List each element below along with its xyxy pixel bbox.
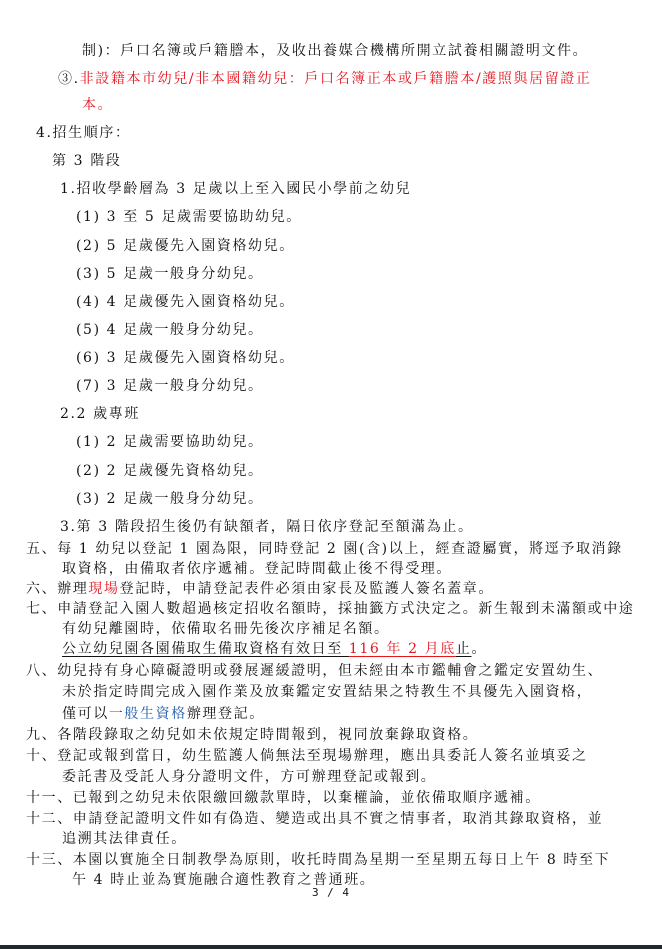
page-number: 3 / 4: [0, 886, 662, 900]
clause7-line2: 有幼兒離園時，依備取名冊先後次序補足名額。: [62, 620, 390, 638]
sub1-item: (4) 4 足歲優先入園資格幼兒。: [76, 293, 295, 311]
clause11: 十一、已報到之幼兒未依限繳回繳款單時，以棄權論，並依備取順序遞補。: [26, 789, 541, 807]
continuation-line: 制)：戶口名簿或戶籍謄本，及收出養媒合機構所開立試養相關證明文件。: [82, 42, 588, 60]
clause10-line1: 十、登記或報到當日，幼生監護人倘無法至現場辦理，應出具委託人簽名並填妥之: [26, 747, 588, 765]
clause6-suffix: 登記時，申請登記表件必須由家長及監護人簽名蓋章。: [120, 581, 494, 597]
stage-title: 第 3 階段: [52, 152, 121, 170]
sub2-item: (2) 2 足歲優先資格幼兒。: [76, 462, 264, 480]
sub2-item: (1) 2 足歲需要協助幼兒。: [76, 433, 264, 451]
item3-text: 非設籍本市幼兒/非本國籍幼兒：戶口名簿正本或戶籍謄本/護照與居留證正: [80, 71, 592, 87]
item3-marker: ③.: [58, 71, 80, 87]
clause9: 九、各階段錄取之幼兒如未依規定時間報到，視同放棄錄取資格。: [26, 726, 478, 744]
sub1-item: (7) 3 足歲一般身分幼兒。: [76, 377, 264, 395]
clause8-line3-suffix: 辦理登記。: [187, 706, 265, 722]
clause7-line3-prefix: 公立幼兒園各園備取生備取資格有效日至: [62, 641, 349, 657]
clause7-line3-end: 。: [471, 641, 487, 657]
clause12-line1: 十二、申請登記證明文件如有偽造、變造或出具不實之情事者，取消其錄取資格，並: [26, 810, 603, 828]
clause6: 六、辦理現場登記時，申請登記表件必須由家長及監護人簽名蓋章。: [26, 580, 494, 598]
clause6-highlight: 現場: [88, 581, 119, 597]
clause5-line1: 五、每 1 幼兒以登記 1 園為限，同時登記 2 園(含)以上，經查證屬實，將逕…: [26, 540, 623, 558]
sub1-item: (1) 3 至 5 足歲需要協助幼兒。: [76, 208, 302, 226]
item3-line2: 本。: [82, 96, 113, 114]
clause12-line2: 追溯其法律責任。: [62, 830, 187, 848]
sub1-item: (3) 5 足歲一般身分幼兒。: [76, 265, 264, 283]
clause7-line3-suffix: 止: [456, 641, 472, 657]
clause8-line2: 未於指定時間完成入園作業及放棄鑑定安置結果之特教生不具優先入園資格，: [62, 683, 592, 701]
clause7-line3: 公立幼兒園各園備取生備取資格有效日至 116 年 2 月底止。: [62, 640, 487, 658]
clause8-line3: 僅可以一般生資格辦理登記。: [62, 705, 265, 723]
clause13-line1: 十三、本園以實施全日制教學為原則，收托時間為星期一至星期五每日上午 8 時至下: [26, 851, 610, 869]
clause10-line2: 委託書及受託人身分證明文件，方可辦理登記或報到。: [62, 768, 436, 786]
clause7-line1: 七、申請登記入園人數超過核定招收名額時，採抽籤方式決定之。新生報到未滿額或中途: [26, 600, 634, 618]
sub1-title: 1.招收學齡層為 3 足歲以上至入國民小學前之幼兒: [60, 180, 411, 198]
sub2-item: (3) 2 足歲一般身分幼兒。: [76, 490, 264, 508]
section4-title: 4.招生順序：: [36, 124, 131, 142]
clause8-line3-prefix: 僅可以: [62, 706, 109, 722]
sub1-item: (5) 4 足歲一般身分幼兒。: [76, 321, 264, 339]
sub3-text: 3.第 3 階段招生後仍有缺額者，隔日依序登記至額滿為止。: [60, 518, 474, 536]
sub1-item: (6) 3 足歲優先入園資格幼兒。: [76, 349, 295, 367]
clause8-highlight: 一般生資格: [109, 706, 187, 722]
sub1-item: (2) 5 足歲優先入園資格幼兒。: [76, 237, 295, 255]
document-page: 制)：戶口名簿或戶籍謄本，及收出養媒合機構所開立試養相關證明文件。 ③.非設籍本…: [0, 0, 662, 945]
clause7-deadline: 116 年 2 月底: [349, 641, 456, 657]
clause8-line1: 八、幼兒持有身心障礙證明或發展遲緩證明，但未經由本市鑑輔會之鑑定安置幼生、: [26, 662, 603, 680]
clause6-prefix: 六、辦理: [26, 581, 88, 597]
viewer-bottom-edge: [0, 945, 662, 949]
clause5-line2: 取資格，由備取者依序遞補。登記時間截止後不得受理。: [62, 560, 452, 578]
sub2-title: 2.2 歲專班: [60, 405, 140, 423]
item3-line1: ③.非設籍本市幼兒/非本國籍幼兒：戶口名簿正本或戶籍謄本/護照與居留證正: [58, 70, 592, 88]
